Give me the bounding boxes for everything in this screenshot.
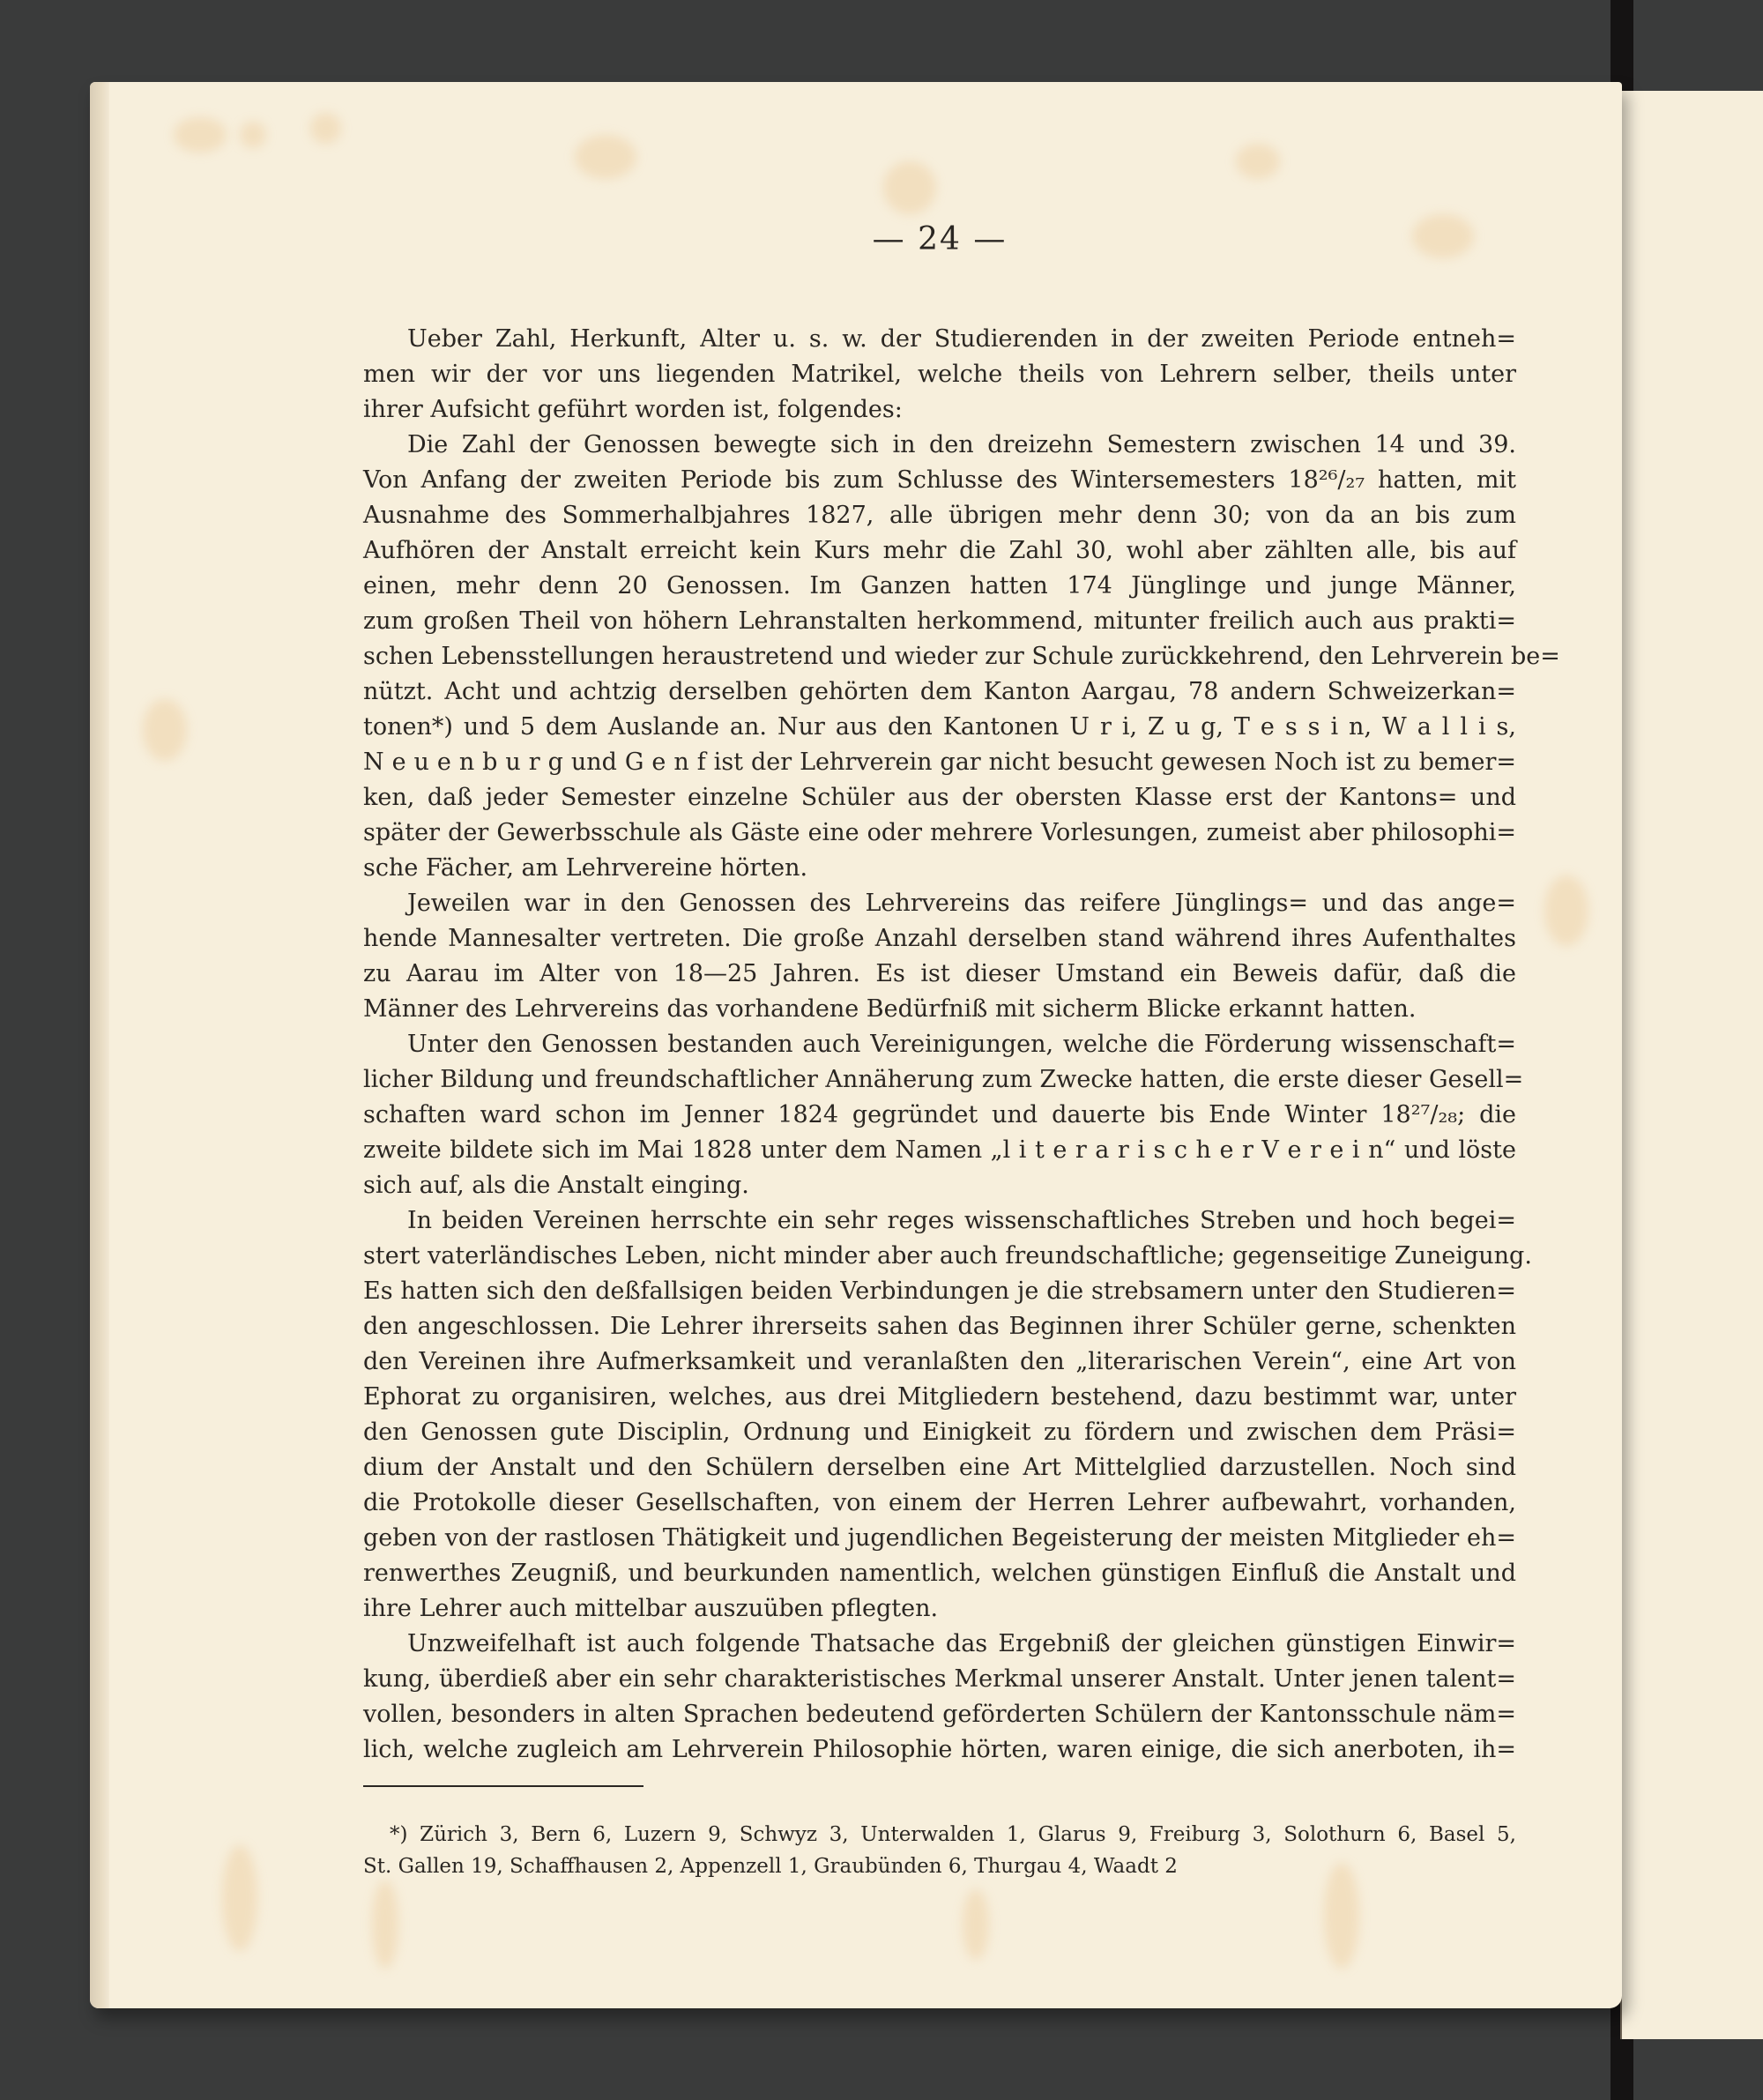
foxing-stain <box>222 1845 257 1951</box>
body-line: den Genossen gute Disciplin, Ordnung und… <box>363 1415 1516 1450</box>
body-line: Die Zahl der Genossen bewegte sich in de… <box>363 428 1516 463</box>
body-line: Unzweifelhaft ist auch folgende Thatsach… <box>363 1627 1516 1662</box>
footnote-line: *) Zürich 3, Bern 6, Luzern 9, Schwyz 3,… <box>363 1819 1516 1851</box>
foxing-stain <box>1544 875 1588 946</box>
body-line: schen Lebensstellungen heraustretend und… <box>363 639 1516 674</box>
body-line: geben von der rastlosen Thätigkeit und j… <box>363 1521 1516 1556</box>
body-line: ihrer Aufsicht geführt worden ist, folge… <box>363 392 1516 428</box>
body-line: nützt. Acht und achtzig derselben gehört… <box>363 674 1516 710</box>
body-line: Jeweilen war in den Genossen des Lehrver… <box>363 886 1516 921</box>
body-line: licher Bildung und freundschaftlicher An… <box>363 1062 1516 1098</box>
page-number: — 24 — <box>363 221 1516 257</box>
foxing-stain <box>372 1880 398 1969</box>
body-line: zum großen Theil von höhern Lehranstalte… <box>363 604 1516 639</box>
body-line: Unter den Genossen bestanden auch Verein… <box>363 1027 1516 1062</box>
body-line: ken, daß jeder Semester einzelne Schüler… <box>363 780 1516 815</box>
body-line: men wir der vor uns liegenden Matrikel, … <box>363 357 1516 392</box>
body-line: Es hatten sich den deßfallsigen beiden V… <box>363 1274 1516 1309</box>
body-line: sich auf, als die Anstalt einging. <box>363 1168 1516 1203</box>
foxing-stain <box>1236 144 1280 179</box>
body-line: kung, überdieß aber ein sehr charakteris… <box>363 1662 1516 1697</box>
foxing-stain <box>575 135 636 179</box>
body-line: Von Anfang der zweiten Periode bis zum S… <box>363 463 1516 498</box>
page-stack-edge <box>90 82 109 2008</box>
body-line: die Protokolle dieser Gesellschaften, vo… <box>363 1486 1516 1521</box>
body-line: zweite bildete sich im Mai 1828 unter de… <box>363 1133 1516 1168</box>
facing-page-edge <box>1620 91 1763 2039</box>
body-line: zu Aarau im Alter von 18—25 Jahren. Es i… <box>363 957 1516 992</box>
foxing-stain <box>310 113 341 144</box>
body-line: Männer des Lehrvereins das vorhandene Be… <box>363 992 1516 1027</box>
footnote-rule <box>363 1785 643 1787</box>
body-line: hende Mannesalter vertreten. Die große A… <box>363 921 1516 957</box>
body-line: den angeschlossen. Die Lehrer ihrerseits… <box>363 1309 1516 1344</box>
body-line: stert vaterländisches Leben, nicht minde… <box>363 1239 1516 1274</box>
body-line: schaften ward schon im Jenner 1824 gegrü… <box>363 1098 1516 1133</box>
footnote-line: St. Gallen 19, Schaffhausen 2, Appenzell… <box>363 1851 1516 1882</box>
foxing-stain <box>240 122 266 148</box>
body-line: Ueber Zahl, Herkunft, Alter u. s. w. der… <box>363 322 1516 357</box>
body-line: Ausnahme des Sommerhalbjahres 1827, alle… <box>363 498 1516 533</box>
book-page: — 24 — Ueber Zahl, Herkunft, Alter u. s.… <box>90 82 1622 2008</box>
body-line: später der Gewerbsschule als Gäste eine … <box>363 815 1516 851</box>
body-line: Ephorat zu organisiren, welches, aus dre… <box>363 1380 1516 1415</box>
body-line: sche Fächer, am Lehrvereine hörten. <box>363 851 1516 886</box>
body-line: In beiden Vereinen herrschte ein sehr re… <box>363 1203 1516 1239</box>
body-line: dium der Anstalt und den Schülern dersel… <box>363 1450 1516 1486</box>
body-line: den Vereinen ihre Aufmerksamkeit und ver… <box>363 1344 1516 1380</box>
body-line: ihre Lehrer auch mittelbar auszuüben pfl… <box>363 1591 1516 1627</box>
foxing-stain <box>174 117 227 153</box>
book-spine-top <box>1611 0 1633 95</box>
body-line: renwerthes Zeugniß, und beurkunden namen… <box>363 1556 1516 1591</box>
body-line: Aufhören der Anstalt erreicht kein Kurs … <box>363 533 1516 569</box>
foxing-stain <box>883 161 936 214</box>
body-line: lich, welche zugleich am Lehrverein Phil… <box>363 1732 1516 1768</box>
body-line: N e u e n b u r g und G e n f ist der Le… <box>363 745 1516 780</box>
foxing-stain <box>963 1889 989 1960</box>
body-line: tonen*) und 5 dem Auslande an. Nur aus d… <box>363 710 1516 745</box>
foxing-stain <box>143 699 187 761</box>
body-line: vollen, besonders in alten Sprachen bede… <box>363 1697 1516 1732</box>
body-line: einen, mehr denn 20 Genossen. Im Ganzen … <box>363 569 1516 604</box>
